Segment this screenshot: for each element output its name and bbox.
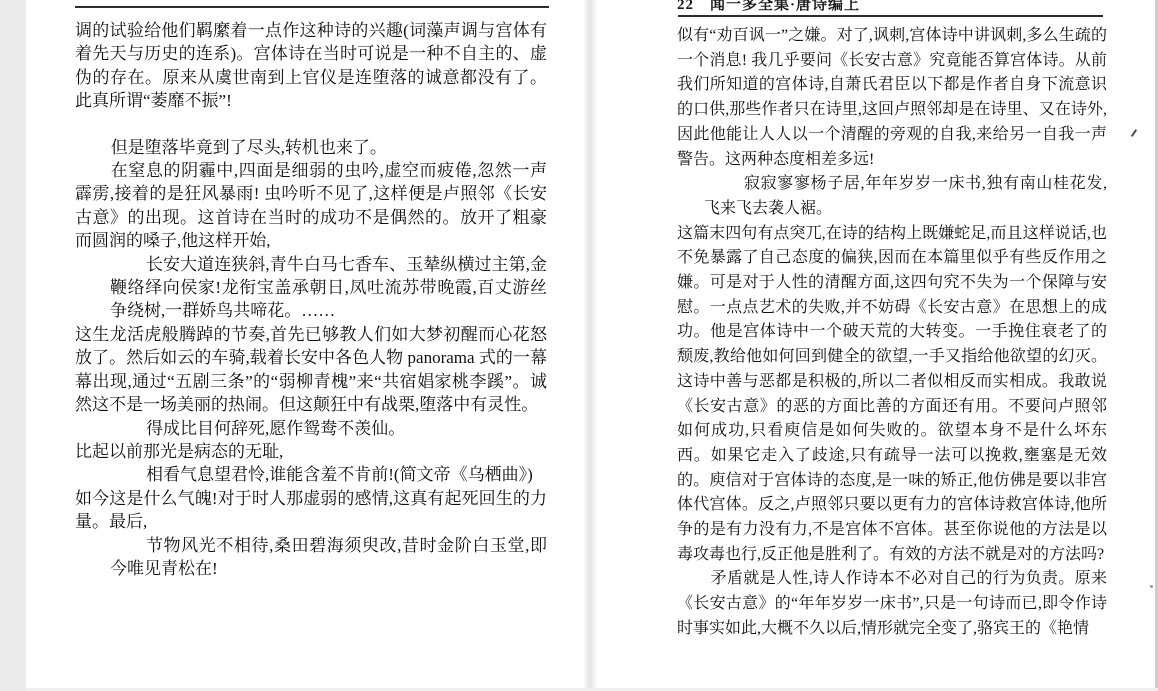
right-page-text-column: 似有“劝百讽一”之嫌。对了,讽刺,宫体诗中讲讽刺,多么生疏的一个消息! 我几乎要… (677, 24, 1107, 642)
left-page-header-rule (75, 6, 549, 8)
book-title: 闻一多全集·唐诗编上 (710, 0, 860, 11)
paragraph: 如今这是什么气魄!对于时人那虚弱的感情,这真有起死回生的力量。最后, (75, 487, 547, 534)
paragraph: 比起以前那光是病态的无耻, (75, 440, 547, 463)
verse-quote: 节物风光不相待,桑田碧海须臾改,昔时金阶白玉堂,即今唯见青松在! (110, 534, 547, 581)
scan-left-margin-shadow (0, 0, 26, 691)
scan-artifact (1131, 129, 1137, 137)
paragraph: 这篇末四句有点突兀,在诗的结构上既嫌蛇足,而且这样说话,也不免暴露了自己态度的偏… (677, 222, 1107, 568)
paragraph: 在窒息的阴霾中,四面是细弱的虫吟,虚空而疲倦,忽然一声霹雳,接着的是狂风暴雨! … (75, 159, 547, 253)
running-header-text: 22闻一多全集·唐诗编上 (677, 0, 1107, 11)
page-gutter-shadow (583, 0, 598, 691)
verse-quote: 相看气息望君怜,谁能含羞不肯前!(简文帝《乌栖曲》) (110, 463, 547, 486)
right-page-running-header: 22闻一多全集·唐诗编上 (677, 0, 1107, 11)
verse-quote: 寂寂寥寥杨子居,年年岁岁一床书,独有南山桂花发,飞来飞去袭人裾。 (704, 172, 1107, 221)
paragraph: 矛盾就是人性,诗人作诗本不必对自己的行为负责。原来《长安古意》的“年年岁岁一床书… (677, 567, 1107, 641)
verse-quote: 长安大道连狭斜,青牛白马七香车、玉辇纵横过主第,金鞭络绎向侯家!龙衔宝盖承朝日,… (110, 253, 547, 323)
left-page-text-column: 调的试验给他们羁縻着一点作这种诗的兴趣(词藻声调与宫体有着先天与历史的连系)。宫… (75, 19, 547, 580)
scan-artifact (1150, 585, 1153, 588)
verse-quote: 得成比目何辞死,愿作鸳鸯不羡仙。 (110, 417, 547, 440)
paragraph: 但是堕落毕竟到了尽头,转机也来了。 (75, 136, 547, 159)
paragraph: 调的试验给他们羁縻着一点作这种诗的兴趣(词藻声调与宫体有着先天与历史的连系)。宫… (75, 19, 547, 113)
paragraph: 似有“劝百讽一”之嫌。对了,讽刺,宫体诗中讲讽刺,多么生疏的一个消息! 我几乎要… (677, 24, 1107, 172)
right-page-header-rule (678, 15, 1103, 17)
page-number: 22 (677, 0, 694, 11)
book-scan-spread: { "header": { "page_number": "22", "book… (0, 0, 1158, 691)
paragraph: 这生龙活虎般腾踔的节奏,首先已够教人们如大梦初醒而心花怒放了。然后如云的车骑,载… (75, 323, 547, 417)
